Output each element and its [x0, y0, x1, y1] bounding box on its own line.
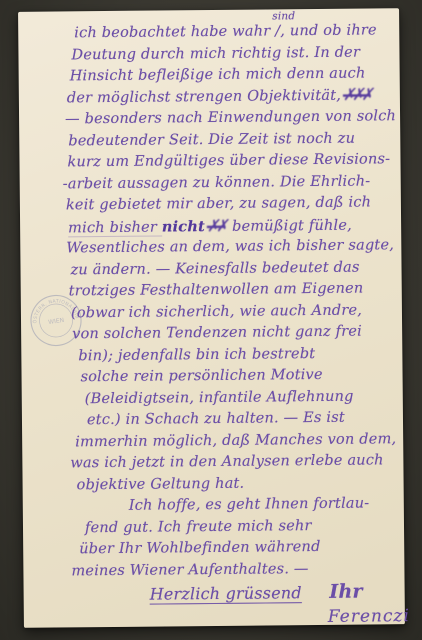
letter-line: was ich jetzt in den Analysen erlebe auc… — [70, 450, 399, 475]
letter-line: fend gut. Ich freute mich sehr — [85, 515, 400, 540]
letter-line: der möglichst strengen Objektivität,✗✗✗ — [67, 85, 396, 110]
emphasized-word: nicht — [162, 218, 205, 235]
letter-line: etc.) in Schach zu halten. — Es ist — [87, 407, 399, 431]
stamp-center-text: WIEN — [48, 317, 65, 326]
letter-line: meines Wiener Aufenthaltes. — — [71, 558, 400, 583]
letter-line: objektive Geltung hat. — [76, 472, 399, 497]
signature: Ferenczi — [328, 606, 410, 627]
strikeout-scribble: ✗✗ — [207, 215, 226, 240]
letter-line: Wesentliches an dem, was ich bisher sagt… — [66, 235, 397, 260]
letter-line: keit gebietet mir aber, zu sagen, daß ic… — [66, 192, 397, 217]
letter-line: von solchen Tendenzen nicht ganz frei — [72, 321, 398, 346]
line-text: und ob ihre — [290, 22, 377, 39]
line-text: der möglichst strengen Objektivität, — [67, 87, 341, 106]
letter-line: Deutung durch mich richtig ist. In der — [71, 42, 395, 67]
closing-phrase: Herzlich grüssend — [150, 582, 302, 605]
letter-paper: ÖSTERR. NATIONALBIBL. WIEN ich beobachte… — [18, 8, 405, 628]
letter-line: solche rein persönlichen Motive — [80, 364, 398, 389]
letter-line: immerhin möglich, daß Manches von dem, — [75, 429, 399, 454]
letter-line: bin); jedenfalls bin ich bestrebt — [78, 343, 398, 368]
valediction: Ihr — [329, 582, 363, 604]
letter-line: — besonders nach Einwendungen von solch — [65, 106, 396, 131]
letter-line: trotziges Festhaltenwollen am Eigenen — [69, 278, 398, 303]
letter-line: ich beobachtet habe wahrsind /, und ob i… — [74, 20, 395, 45]
insertion-caret: /, — [270, 23, 290, 39]
signature-row: Ferenczi — [72, 606, 401, 632]
line-text: mich bisher — [68, 219, 162, 237]
letter-line: bedeutender Seit. Die Zeit ist noch zu — [68, 128, 396, 153]
letter-line: Ich hoffe, es geht Ihnen fortlau- — [129, 493, 400, 517]
letter-line: mich bisher nicht✗✗ bemüßigt fühle, — [68, 214, 397, 239]
line-text: ich beobachtet habe wahr — [74, 23, 270, 41]
insertion-point: sind /, — [270, 23, 290, 39]
letter-line: über Ihr Wohlbefinden während — [79, 536, 400, 561]
closing-row: Herzlich grüssend Ihr — [72, 581, 401, 608]
letter-line: zu ändern. — Keinesfalls bedeutet das — [70, 257, 397, 282]
letter-line: kurz um Endgültiges über diese Revisions… — [67, 149, 396, 174]
line-text: bemüßigt fühle, — [227, 217, 352, 234]
letter-body: ich beobachtet habe wahrsind /, und ob i… — [66, 20, 401, 632]
letter-line: (obwar ich sicherlich, wie auch Andre, — [71, 300, 398, 325]
letter-line: (Beleidigtsein, infantile Auflehnung — [85, 386, 399, 411]
inserted-word: sind — [272, 11, 295, 21]
strikeout-scribble: ✗✗✗ — [343, 83, 371, 108]
photo-background: ÖSTERR. NATIONALBIBL. WIEN ich beobachte… — [0, 0, 422, 640]
